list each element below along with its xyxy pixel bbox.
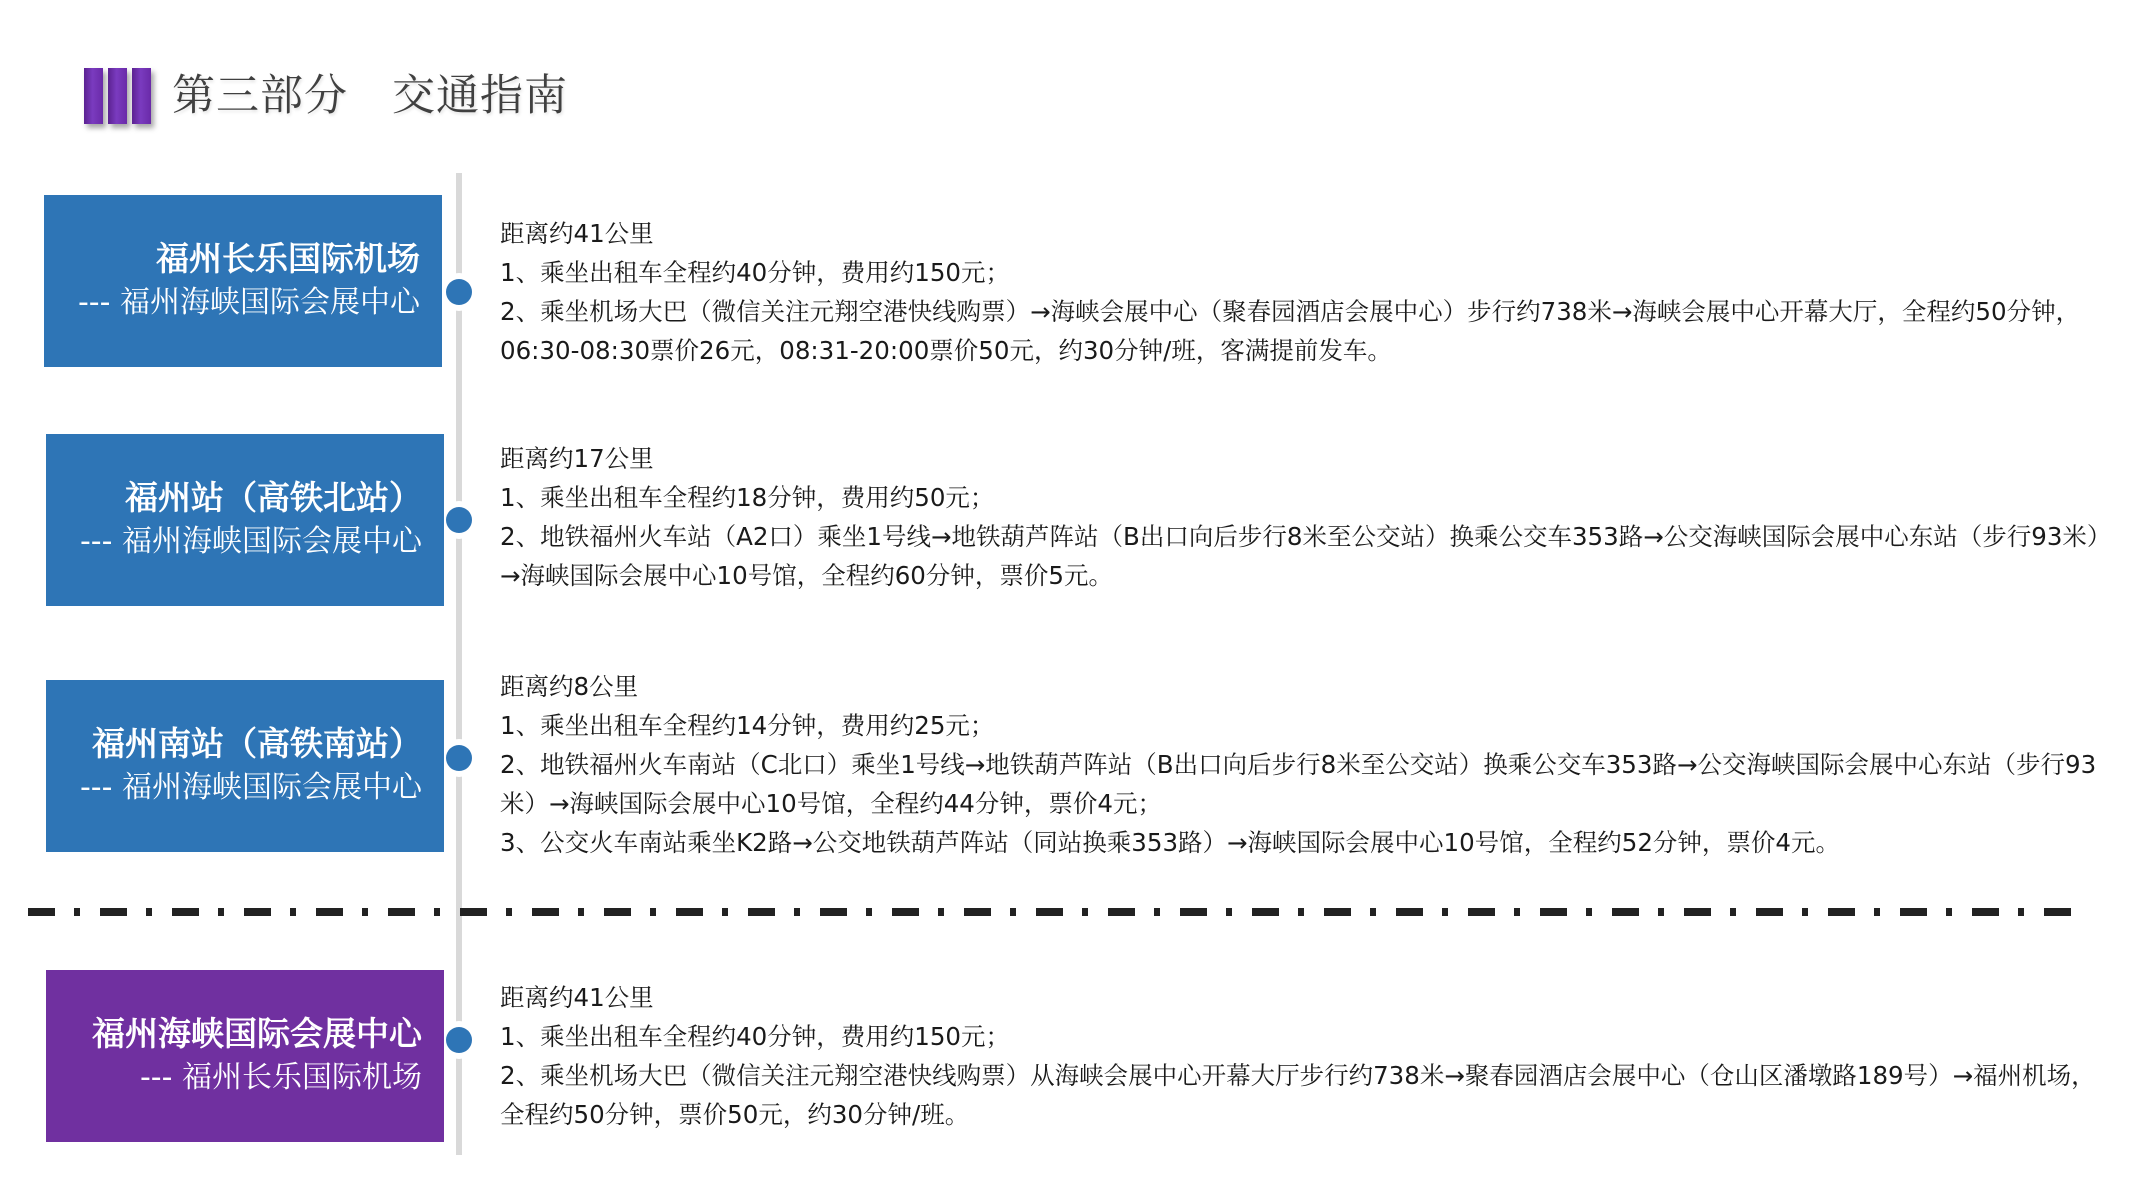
- origin-title: 福州海峡国际会展中心: [46, 1012, 422, 1056]
- destination-subtitle: --- 福州海峡国际会展中心: [46, 520, 422, 564]
- section-number-bars-icon: [84, 68, 154, 124]
- section-divider: [28, 908, 2078, 916]
- route-option: 2、乘坐机场大巴（微信关注元翔空港快线购票）→海峡会展中心（聚春园酒店会展中心）…: [500, 292, 2110, 370]
- distance-text: 距离约41公里: [500, 214, 2110, 253]
- page-title: 第三部分 交通指南: [172, 66, 568, 126]
- bar-icon: [108, 68, 127, 124]
- timeline-dot-icon: [446, 279, 472, 305]
- route-details-fuzhou-station: 距离约17公里 1、乘坐出租车全程约18分钟，费用约50元； 2、地铁福州火车站…: [500, 439, 2110, 595]
- timeline-line: [456, 173, 462, 1155]
- origin-title: 福州站（高铁北站）: [46, 476, 422, 520]
- route-option: 1、乘坐出租车全程约40分钟，费用约150元；: [500, 253, 2110, 292]
- route-option: 2、乘坐机场大巴（微信关注元翔空港快线购票）从海峡会展中心开幕大厅步行约738米…: [500, 1056, 2110, 1134]
- distance-text: 距离约17公里: [500, 439, 2110, 478]
- distance-text: 距离约41公里: [500, 978, 2110, 1017]
- origin-box-airport: 福州长乐国际机场 --- 福州海峡国际会展中心: [44, 195, 442, 367]
- destination-subtitle: --- 福州海峡国际会展中心: [46, 766, 422, 810]
- destination-subtitle: --- 福州海峡国际会展中心: [44, 281, 420, 325]
- origin-box-fuzhou-station: 福州站（高铁北站） --- 福州海峡国际会展中心: [46, 434, 444, 606]
- route-option: 1、乘坐出租车全程约14分钟，费用约25元；: [500, 706, 2110, 745]
- route-details-fuzhou-south-station: 距离约8公里 1、乘坐出租车全程约14分钟，费用约25元； 2、地铁福州火车南站…: [500, 667, 2110, 862]
- timeline-dot-icon: [446, 507, 472, 533]
- origin-title: 福州南站（高铁南站）: [46, 722, 422, 766]
- origin-title: 福州长乐国际机场: [44, 237, 420, 281]
- route-option: 1、乘坐出租车全程约18分钟，费用约50元；: [500, 478, 2110, 517]
- origin-box-expo-center: 福州海峡国际会展中心 --- 福州长乐国际机场: [46, 970, 444, 1142]
- timeline-dot-icon: [446, 1027, 472, 1053]
- route-option: 3、公交火车南站乘坐K2路→公交地铁葫芦阵站（同站换乘353路）→海峡国际会展中…: [500, 823, 2110, 862]
- route-details-expo-center: 距离约41公里 1、乘坐出租车全程约40分钟，费用约150元； 2、乘坐机场大巴…: [500, 978, 2110, 1134]
- destination-subtitle: --- 福州长乐国际机场: [46, 1056, 422, 1100]
- timeline-dot-icon: [446, 745, 472, 771]
- bar-icon: [132, 68, 151, 124]
- bar-icon: [84, 68, 103, 124]
- route-option: 1、乘坐出租车全程约40分钟，费用约150元；: [500, 1017, 2110, 1056]
- distance-text: 距离约8公里: [500, 667, 2110, 706]
- route-option: 2、地铁福州火车南站（C北口）乘坐1号线→地铁葫芦阵站（B出口向后步行8米至公交…: [500, 745, 2110, 823]
- route-option: 2、地铁福州火车站（A2口）乘坐1号线→地铁葫芦阵站（B出口向后步行8米至公交站…: [500, 517, 2110, 595]
- origin-box-fuzhou-south-station: 福州南站（高铁南站） --- 福州海峡国际会展中心: [46, 680, 444, 852]
- route-details-airport: 距离约41公里 1、乘坐出租车全程约40分钟，费用约150元； 2、乘坐机场大巴…: [500, 214, 2110, 370]
